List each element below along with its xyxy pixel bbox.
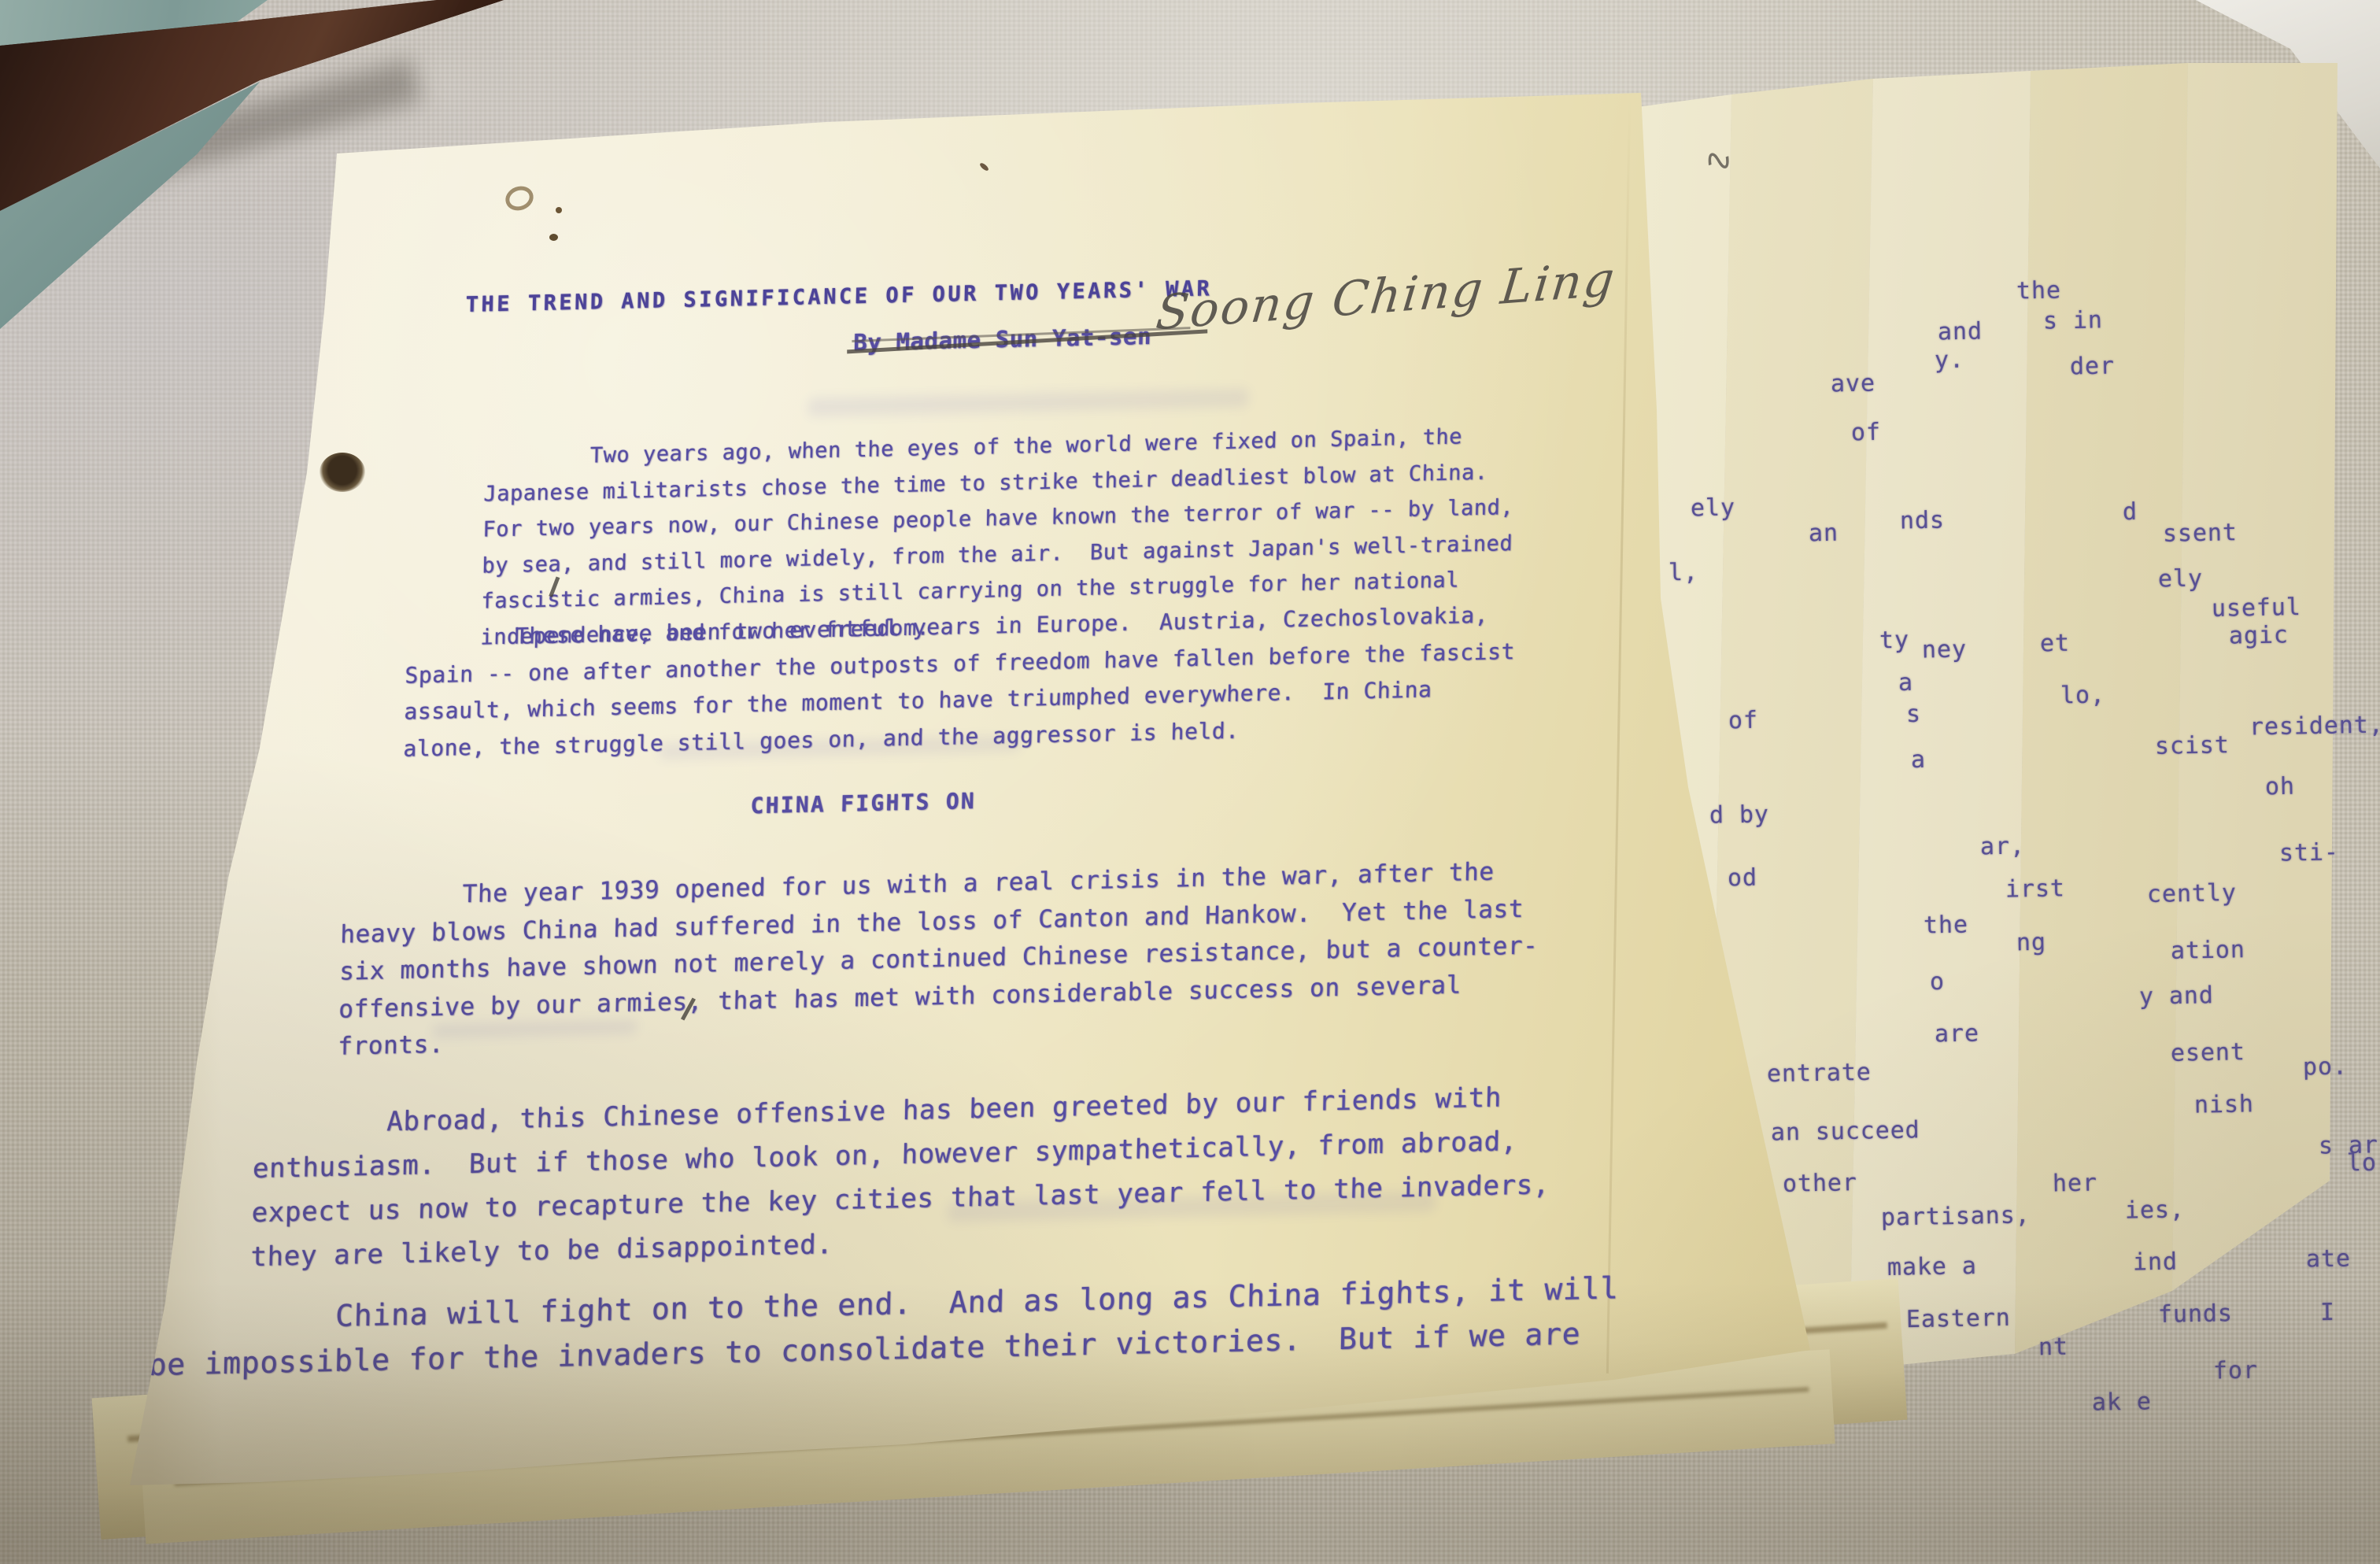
page-fragment-text: nds xyxy=(1900,507,1945,535)
page-fragment-text: an xyxy=(1809,519,1839,548)
page-fragment-text: ind xyxy=(2133,1248,2178,1277)
ink-ghost-smudge xyxy=(807,388,1248,416)
page-fragment-text: s xyxy=(1906,701,1922,728)
page-fragment-text: ng xyxy=(2016,929,2047,957)
page-fragment-text: a xyxy=(1898,669,1914,697)
page-fragment-text: ation xyxy=(2171,936,2245,965)
page-fragment-text: for xyxy=(2213,1357,2258,1385)
handwritten-signature: Soong Ching Ling xyxy=(1153,252,1618,342)
page-fragment-text: are xyxy=(1935,1020,1979,1048)
page-fragment-text: d by xyxy=(1709,800,1769,829)
page-fragment-text: entrate xyxy=(1767,1059,1872,1088)
page-fragment-text: useful xyxy=(2212,593,2301,623)
page-fragment-text: nish xyxy=(2194,1090,2254,1118)
page-fragment-text: y. xyxy=(1935,346,1965,375)
page-fragment-text: lor xyxy=(2347,1149,2380,1178)
page-fragment-text: I xyxy=(2320,1299,2336,1326)
museum-photo-typescript-manuscript: { "document": { "title": "THE TREND AND … xyxy=(0,0,2380,1564)
page-fragment-text: scist xyxy=(2155,731,2230,760)
page-fragment-text: od xyxy=(1728,864,1758,893)
page-fragment-text: oh xyxy=(2265,773,2296,801)
page-fragment-text: l, xyxy=(1669,559,1699,587)
page-fragment-text: et xyxy=(2040,630,2071,658)
page-fragment-text: cently xyxy=(2147,879,2237,908)
page-fragment-text: ty xyxy=(1879,627,1910,655)
document-title: THE TREND AND SIGNIFICANCE OF OUR TWO YE… xyxy=(465,276,1212,317)
page-fragment-text: Eastern xyxy=(1906,1304,2011,1333)
page-fragment-text: the xyxy=(1924,911,1968,940)
page-fragment-text: the xyxy=(2016,277,2061,305)
page-fragment-text: ak e xyxy=(2092,1388,2152,1416)
page-fragment-text: ar, xyxy=(1980,833,2025,861)
page-fragment-text: der xyxy=(2070,353,2115,381)
page-fragment-text: ely xyxy=(1691,494,1735,523)
typed-page-content: THE TREND AND SIGNIFICANCE OF OUR TWO YE… xyxy=(91,44,1853,1523)
page-fragment-text: o xyxy=(1930,968,1946,996)
page-fragment-text: s in xyxy=(2043,306,2103,335)
paragraph-3: The year 1939 opened for us with a real … xyxy=(338,852,1540,1066)
page-fragment-text: esent xyxy=(2171,1038,2245,1067)
page-fragment-text: ate xyxy=(2306,1245,2351,1274)
page-fragment-text: ave xyxy=(1831,370,1876,398)
page-fragment-text: other xyxy=(1783,1169,1857,1198)
page-fragment-text: and xyxy=(1938,318,1983,346)
page-fragment-text: agic xyxy=(2229,621,2289,649)
page-fragment-text: d xyxy=(2123,498,2138,526)
page-fragment-text: ney xyxy=(1922,636,1967,664)
page-fragment-text: ies, xyxy=(2125,1196,2185,1224)
page-fragment-text: of xyxy=(1728,707,1759,735)
page-fragment-text: po. xyxy=(2303,1053,2348,1081)
page-fragment-text: ssent xyxy=(2163,519,2238,548)
page-fragment-text: irst xyxy=(2005,874,2065,903)
page-fragment-text: funds xyxy=(2158,1300,2233,1329)
page-fragment-text: a xyxy=(1911,746,1927,774)
page-fragment-text: partisans, xyxy=(1881,1201,2031,1231)
page-fragment-text: nt xyxy=(2038,1333,2069,1362)
section-heading: CHINA FIGHTS ON xyxy=(750,788,976,819)
page-fragment-text: ely xyxy=(2158,565,2203,593)
page-fragment-text: an succeed xyxy=(1771,1116,1920,1146)
page-fragment-text: y and xyxy=(2139,982,2214,1011)
paragraph-2: These have been two eventful years in Eu… xyxy=(403,597,1517,767)
page-fragment-text: make a xyxy=(1887,1252,1977,1281)
paragraph-4: Abroad, this Chinese offensive has been … xyxy=(250,1074,1552,1279)
page-fragment-text: sti- xyxy=(2279,838,2339,867)
page-fragment-text: lo, xyxy=(2060,682,2105,710)
paragraph-5: China will fight on to the end. And as l… xyxy=(148,1266,1619,1388)
page-fragment-text: her xyxy=(2053,1170,2097,1198)
front-manuscript-page: THE TREND AND SIGNIFICANCE OF OUR TWO YE… xyxy=(118,75,1850,1515)
page-fragment-text: resident, xyxy=(2249,712,2380,741)
page-fragment-text: of xyxy=(1851,419,1882,447)
